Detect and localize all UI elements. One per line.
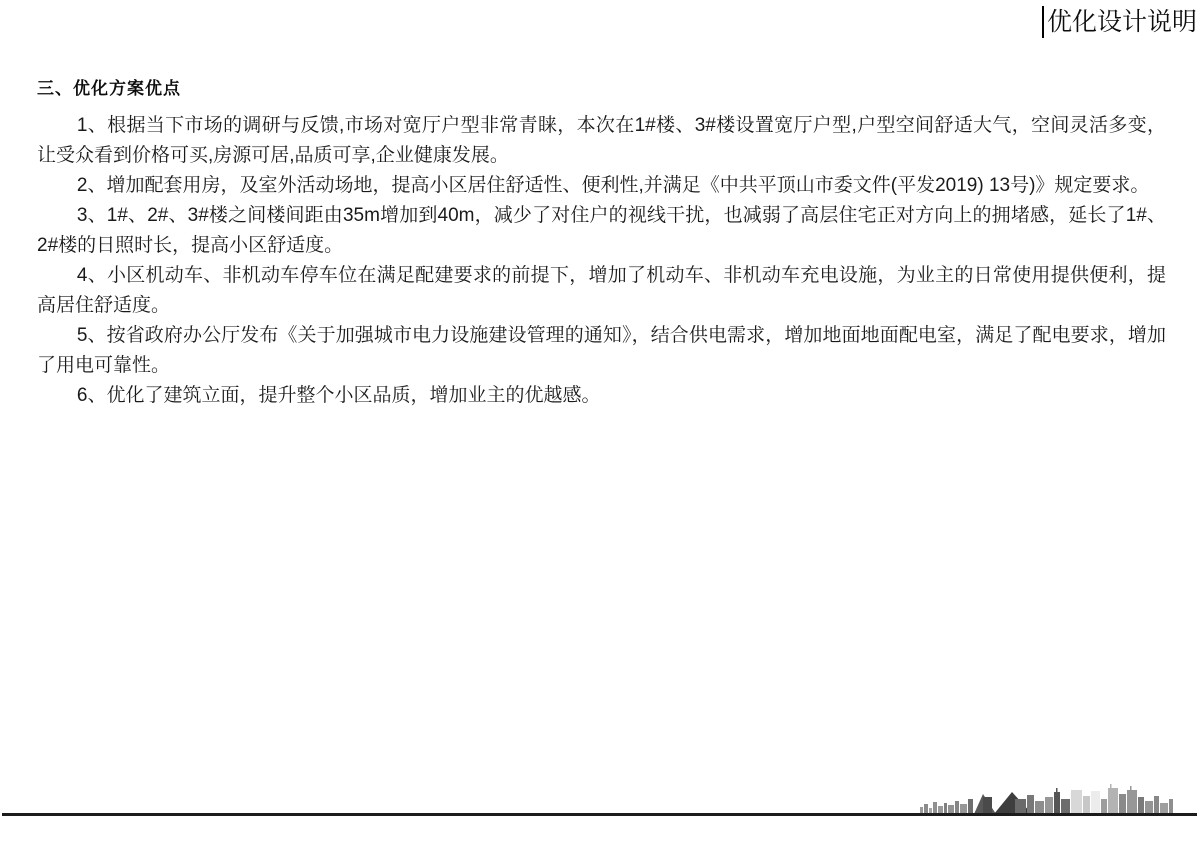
- paragraph-4: 4、小区机动车、非机动车停车位在满足配建要求的前提下，增加了机动车、非机动车充电…: [37, 261, 1166, 321]
- paragraph-6: 6、优化了建筑立面，提升整个小区品质，增加业主的优越感。: [37, 381, 1166, 411]
- section-heading: 三、优化方案优点: [37, 74, 1166, 99]
- slide-page: 优化设计说明 三、优化方案优点 1、根据当下市场的调研与反馈,市场对宽厅户型非常…: [0, 0, 1200, 849]
- paragraph-3: 3、1#、2#、3#楼之间楼间距由35m增加到40m，减少了对住户的视线干扰，也…: [37, 201, 1166, 261]
- city-skyline-icon: [920, 784, 1175, 814]
- content-area: 三、优化方案优点 1、根据当下市场的调研与反馈,市场对宽厅户型非常青睐，本次在1…: [37, 74, 1166, 411]
- page-title: 优化设计说明: [1042, 6, 1197, 38]
- paragraph-1: 1、根据当下市场的调研与反馈,市场对宽厅户型非常青睐，本次在1#楼、3#楼设置宽…: [37, 111, 1166, 171]
- paragraph-5: 5、按省政府办公厅发布《关于加强城市电力设施建设管理的通知》，结合供电需求，增加…: [37, 321, 1166, 381]
- paragraph-2: 2、增加配套用房，及室外活动场地，提高小区居住舒适性、便利性,并满足《中共平顶山…: [37, 171, 1166, 201]
- footer-rule: [2, 813, 1197, 816]
